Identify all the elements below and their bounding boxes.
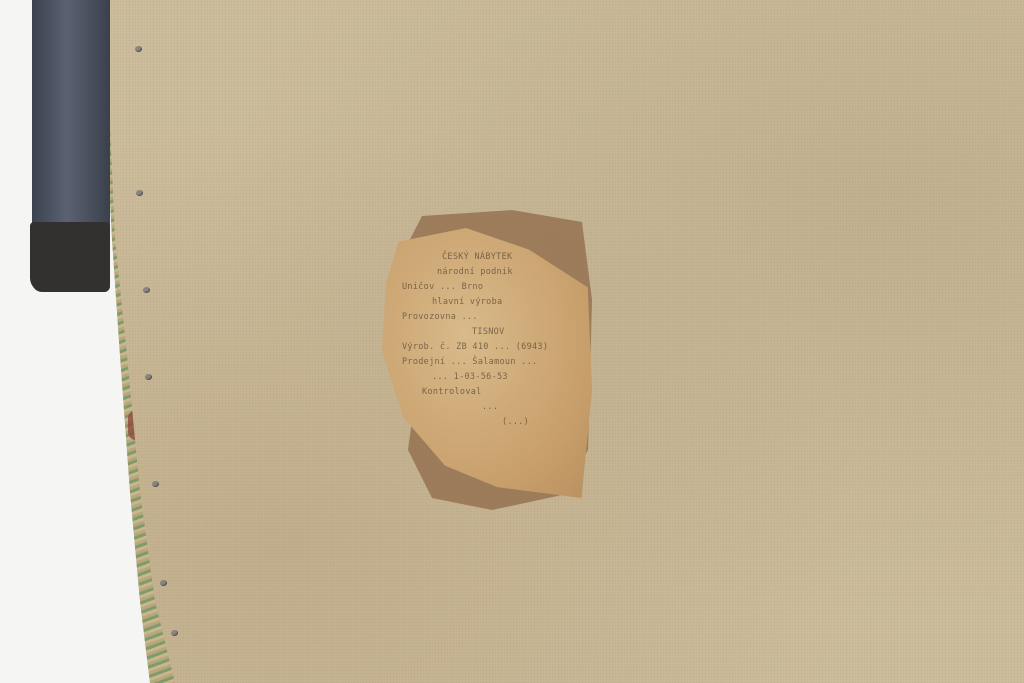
upholstery-tack <box>143 287 150 293</box>
upholstery-tack <box>160 580 167 586</box>
upholstery-tack <box>135 46 142 52</box>
upholstery-tack <box>171 630 178 636</box>
label-text: ČESKÝ NÁBYTEK národní podnik Uničov ... … <box>402 250 577 430</box>
upholstery-tack <box>145 374 152 380</box>
photo-scene: ČESKÝ NÁBYTEK národní podnik Uničov ... … <box>0 0 1024 683</box>
armrest-end-grain <box>30 222 110 292</box>
manufacturer-label: ČESKÝ NÁBYTEK národní podnik Uničov ... … <box>382 210 594 510</box>
upholstery-tack <box>136 190 143 196</box>
upholstery-tack <box>152 481 159 487</box>
